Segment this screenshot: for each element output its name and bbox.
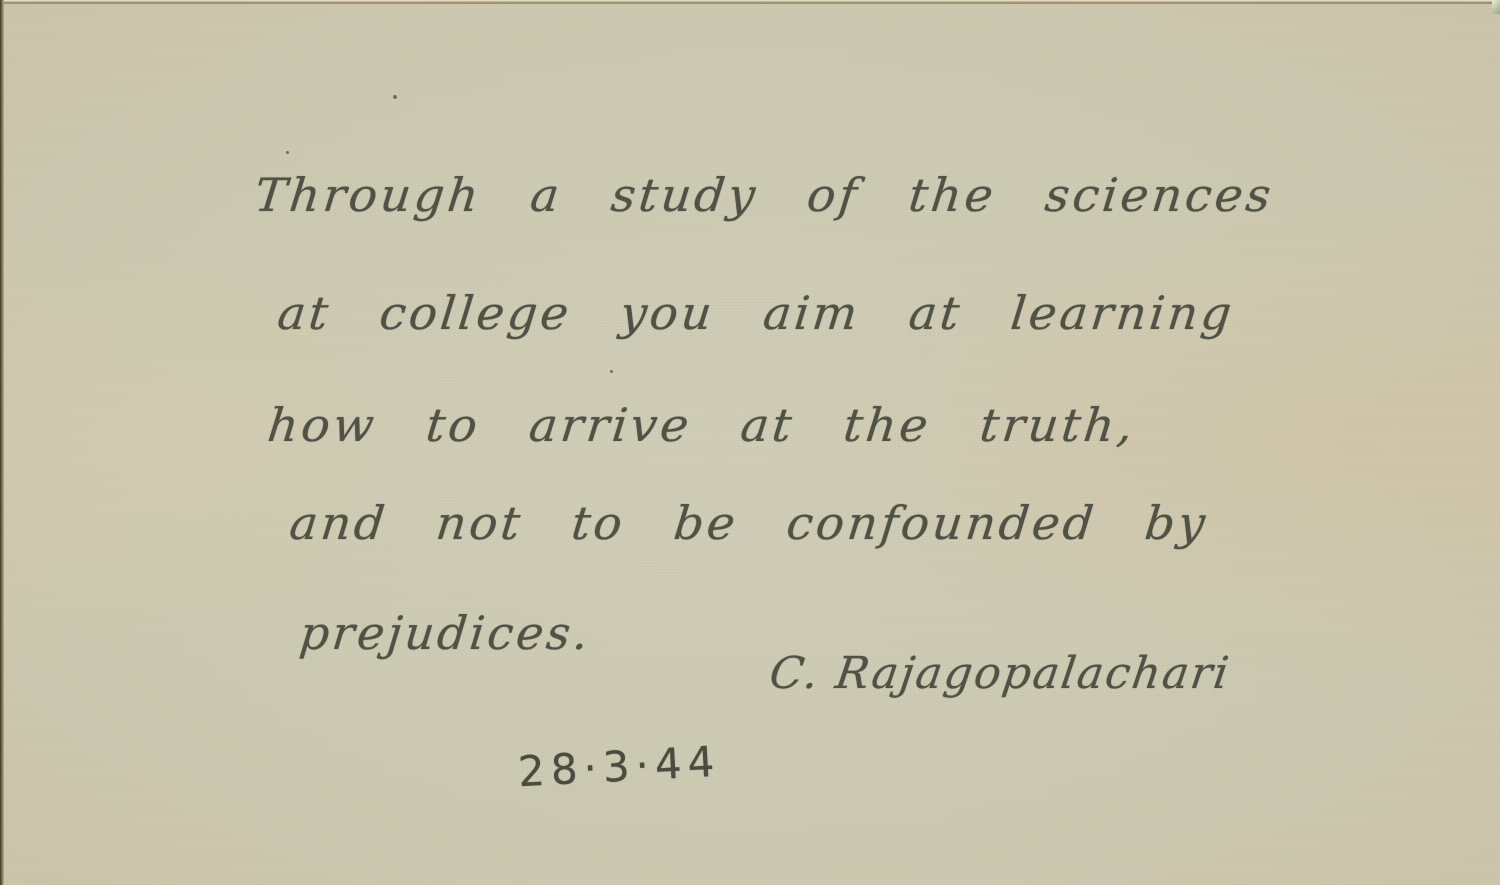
paper-corner xyxy=(1492,0,1500,14)
word: to xyxy=(423,398,483,452)
word: you xyxy=(618,286,718,340)
word: the xyxy=(906,168,999,222)
date: 28·3·44 xyxy=(517,737,722,797)
word: and xyxy=(287,496,390,550)
word: to xyxy=(569,496,628,550)
handwritten-line-3: howtoarriveatthetruth, xyxy=(265,398,1188,452)
word: at xyxy=(275,286,334,340)
word: Through xyxy=(252,168,484,222)
word: a xyxy=(528,168,565,222)
word: at xyxy=(738,398,797,452)
word: confounded xyxy=(784,496,1099,550)
ink-speck xyxy=(610,370,613,373)
word: learning xyxy=(1008,286,1237,340)
word: how xyxy=(265,398,380,452)
ink-speck xyxy=(286,151,289,154)
handwritten-line-5: prejudices. xyxy=(297,606,642,660)
word: be xyxy=(671,496,741,550)
handwritten-line-4: andnottobeconfoundedby xyxy=(287,496,1260,550)
paper-left-edge xyxy=(0,0,4,885)
word: arrive xyxy=(527,398,695,452)
word: not xyxy=(433,496,525,550)
paper-top-edge xyxy=(0,0,1500,4)
signature: C. Rajagopalachari xyxy=(766,648,1233,699)
ink-speck xyxy=(393,95,397,99)
word: college xyxy=(377,286,574,340)
handwritten-line-2: atcollegeyouaimatlearning xyxy=(275,286,1286,340)
word: at xyxy=(906,286,965,340)
word: by xyxy=(1142,496,1210,550)
word: study xyxy=(609,168,761,222)
word: the xyxy=(841,398,934,452)
word: of xyxy=(804,168,862,222)
handwritten-line-1: Throughastudyofthesciences xyxy=(252,168,1326,222)
word: prejudices. xyxy=(297,606,594,660)
word: truth, xyxy=(977,398,1138,452)
word: aim xyxy=(761,286,863,340)
word: sciences xyxy=(1042,168,1276,222)
paper-sheet: Throughastudyofthesciences atcollegeyoua… xyxy=(0,0,1500,885)
